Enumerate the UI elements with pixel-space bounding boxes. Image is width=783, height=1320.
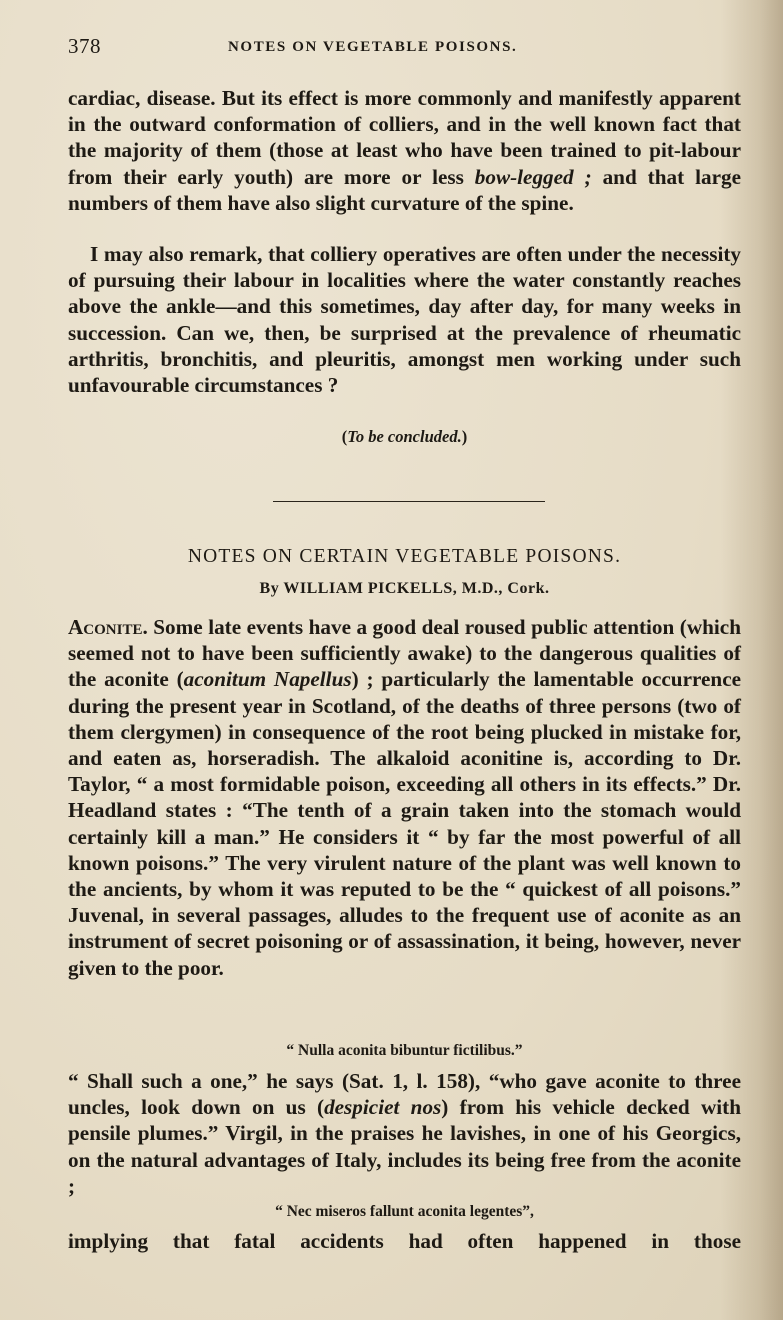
paragraph-text: I may also remark, that colliery operati… [68,241,741,398]
continued-italic: To be concluded. [347,427,461,446]
section-divider-rule [273,501,545,502]
article-paragraph-3: implying that fatal accidents had often … [68,1228,741,1254]
paren-close: ) [462,427,468,446]
latin-quote-1: “ Nulla aconita bibuntur fictilibus.” [68,1034,741,1068]
running-title: NOTES ON VEGETABLE POISONS. [228,39,517,56]
latin-quote-1-block: “ Nulla aconita bibuntur fictilibus.” [68,1034,741,1068]
previous-article-paragraph-1: cardiac, disease. But its effect is more… [68,85,741,216]
italic-term: despiciet nos [324,1095,441,1119]
article-paragraph-2: “ Shall such a one,” he says (Sat. 1, l.… [68,1068,741,1199]
paragraph-text: ) ; particularly the lamentable occurren… [68,667,741,979]
previous-article-paragraph-2: I may also remark, that colliery operati… [68,241,741,398]
running-head: 378 NOTES ON VEGETABLE POISONS. [68,34,741,60]
page-number: 378 [68,34,101,59]
article-byline: By WILLIAM PICKELLS, M.D., Cork. [68,580,741,598]
article-title: NOTES ON CERTAIN VEGETABLE POISONS. [68,546,741,568]
to-be-concluded-note: (To be concluded.) [68,427,741,447]
latin-quote-2: “ Nec miseros fallunt aconita legentes”, [68,1195,741,1229]
article-paragraph-1: Aconite. Some late events have a good de… [68,614,741,981]
italic-term: aconitum Napellus [184,667,352,691]
italic-term: bow-legged ; [475,165,592,189]
section-lead-aconite: Aconite. [68,615,148,639]
latin-quote-2-block: “ Nec miseros fallunt aconita legentes”, [68,1195,741,1229]
paragraph-text: implying that fatal accidents had often … [68,1228,741,1254]
